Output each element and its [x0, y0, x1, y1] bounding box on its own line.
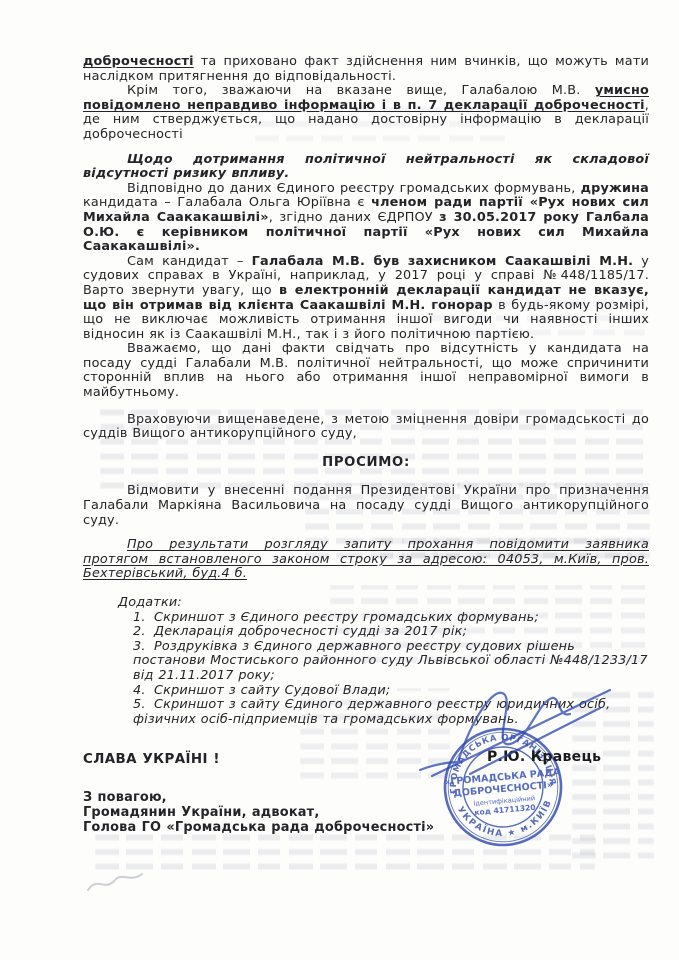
section-heading: Щодо дотримання політичної нейтральності…: [83, 153, 649, 182]
paragraph: Відмовити у внесенні подання Президентов…: [83, 484, 649, 528]
paragraph: Крім того, зважаючи на вказане вище, Гал…: [83, 84, 649, 142]
list-marker: 2.: [133, 625, 154, 640]
list-marker: 4.: [133, 684, 154, 699]
request-heading: ПРОСИМО:: [83, 456, 649, 471]
list-marker: 1.: [133, 611, 154, 626]
pencil-mark: [85, 866, 147, 898]
attachments-label: Додатки:: [118, 596, 649, 611]
list-item: 2.Декларація доброчесності судді за 2017…: [133, 625, 649, 640]
paragraph: Сам кандидат – Галабала М.В. був захисни…: [83, 255, 649, 343]
scanned-document-page: доброчесності та приховано факт здійснен…: [0, 0, 679, 960]
list-marker: 5.: [133, 698, 154, 713]
list-item: 1.Скриншот з Єдиного реєстру громадських…: [133, 611, 649, 626]
handwritten-signature: [410, 678, 625, 788]
list-marker: 3.: [133, 640, 154, 655]
paragraph-continuation: доброчесності та приховано факт здійснен…: [83, 55, 649, 84]
list-item: 3.Роздруківка з Єдиного державного реєст…: [133, 640, 649, 684]
paragraph: Про результати розгляду запиту прохання …: [83, 538, 649, 582]
paragraph: Вважаємо, що дані факти свідчать про від…: [83, 342, 649, 400]
paragraph: Враховуючи вищенаведене, з метою зміцнен…: [83, 413, 649, 442]
paragraph: Відповідно до даних Єдиного реєстру гром…: [83, 182, 649, 255]
